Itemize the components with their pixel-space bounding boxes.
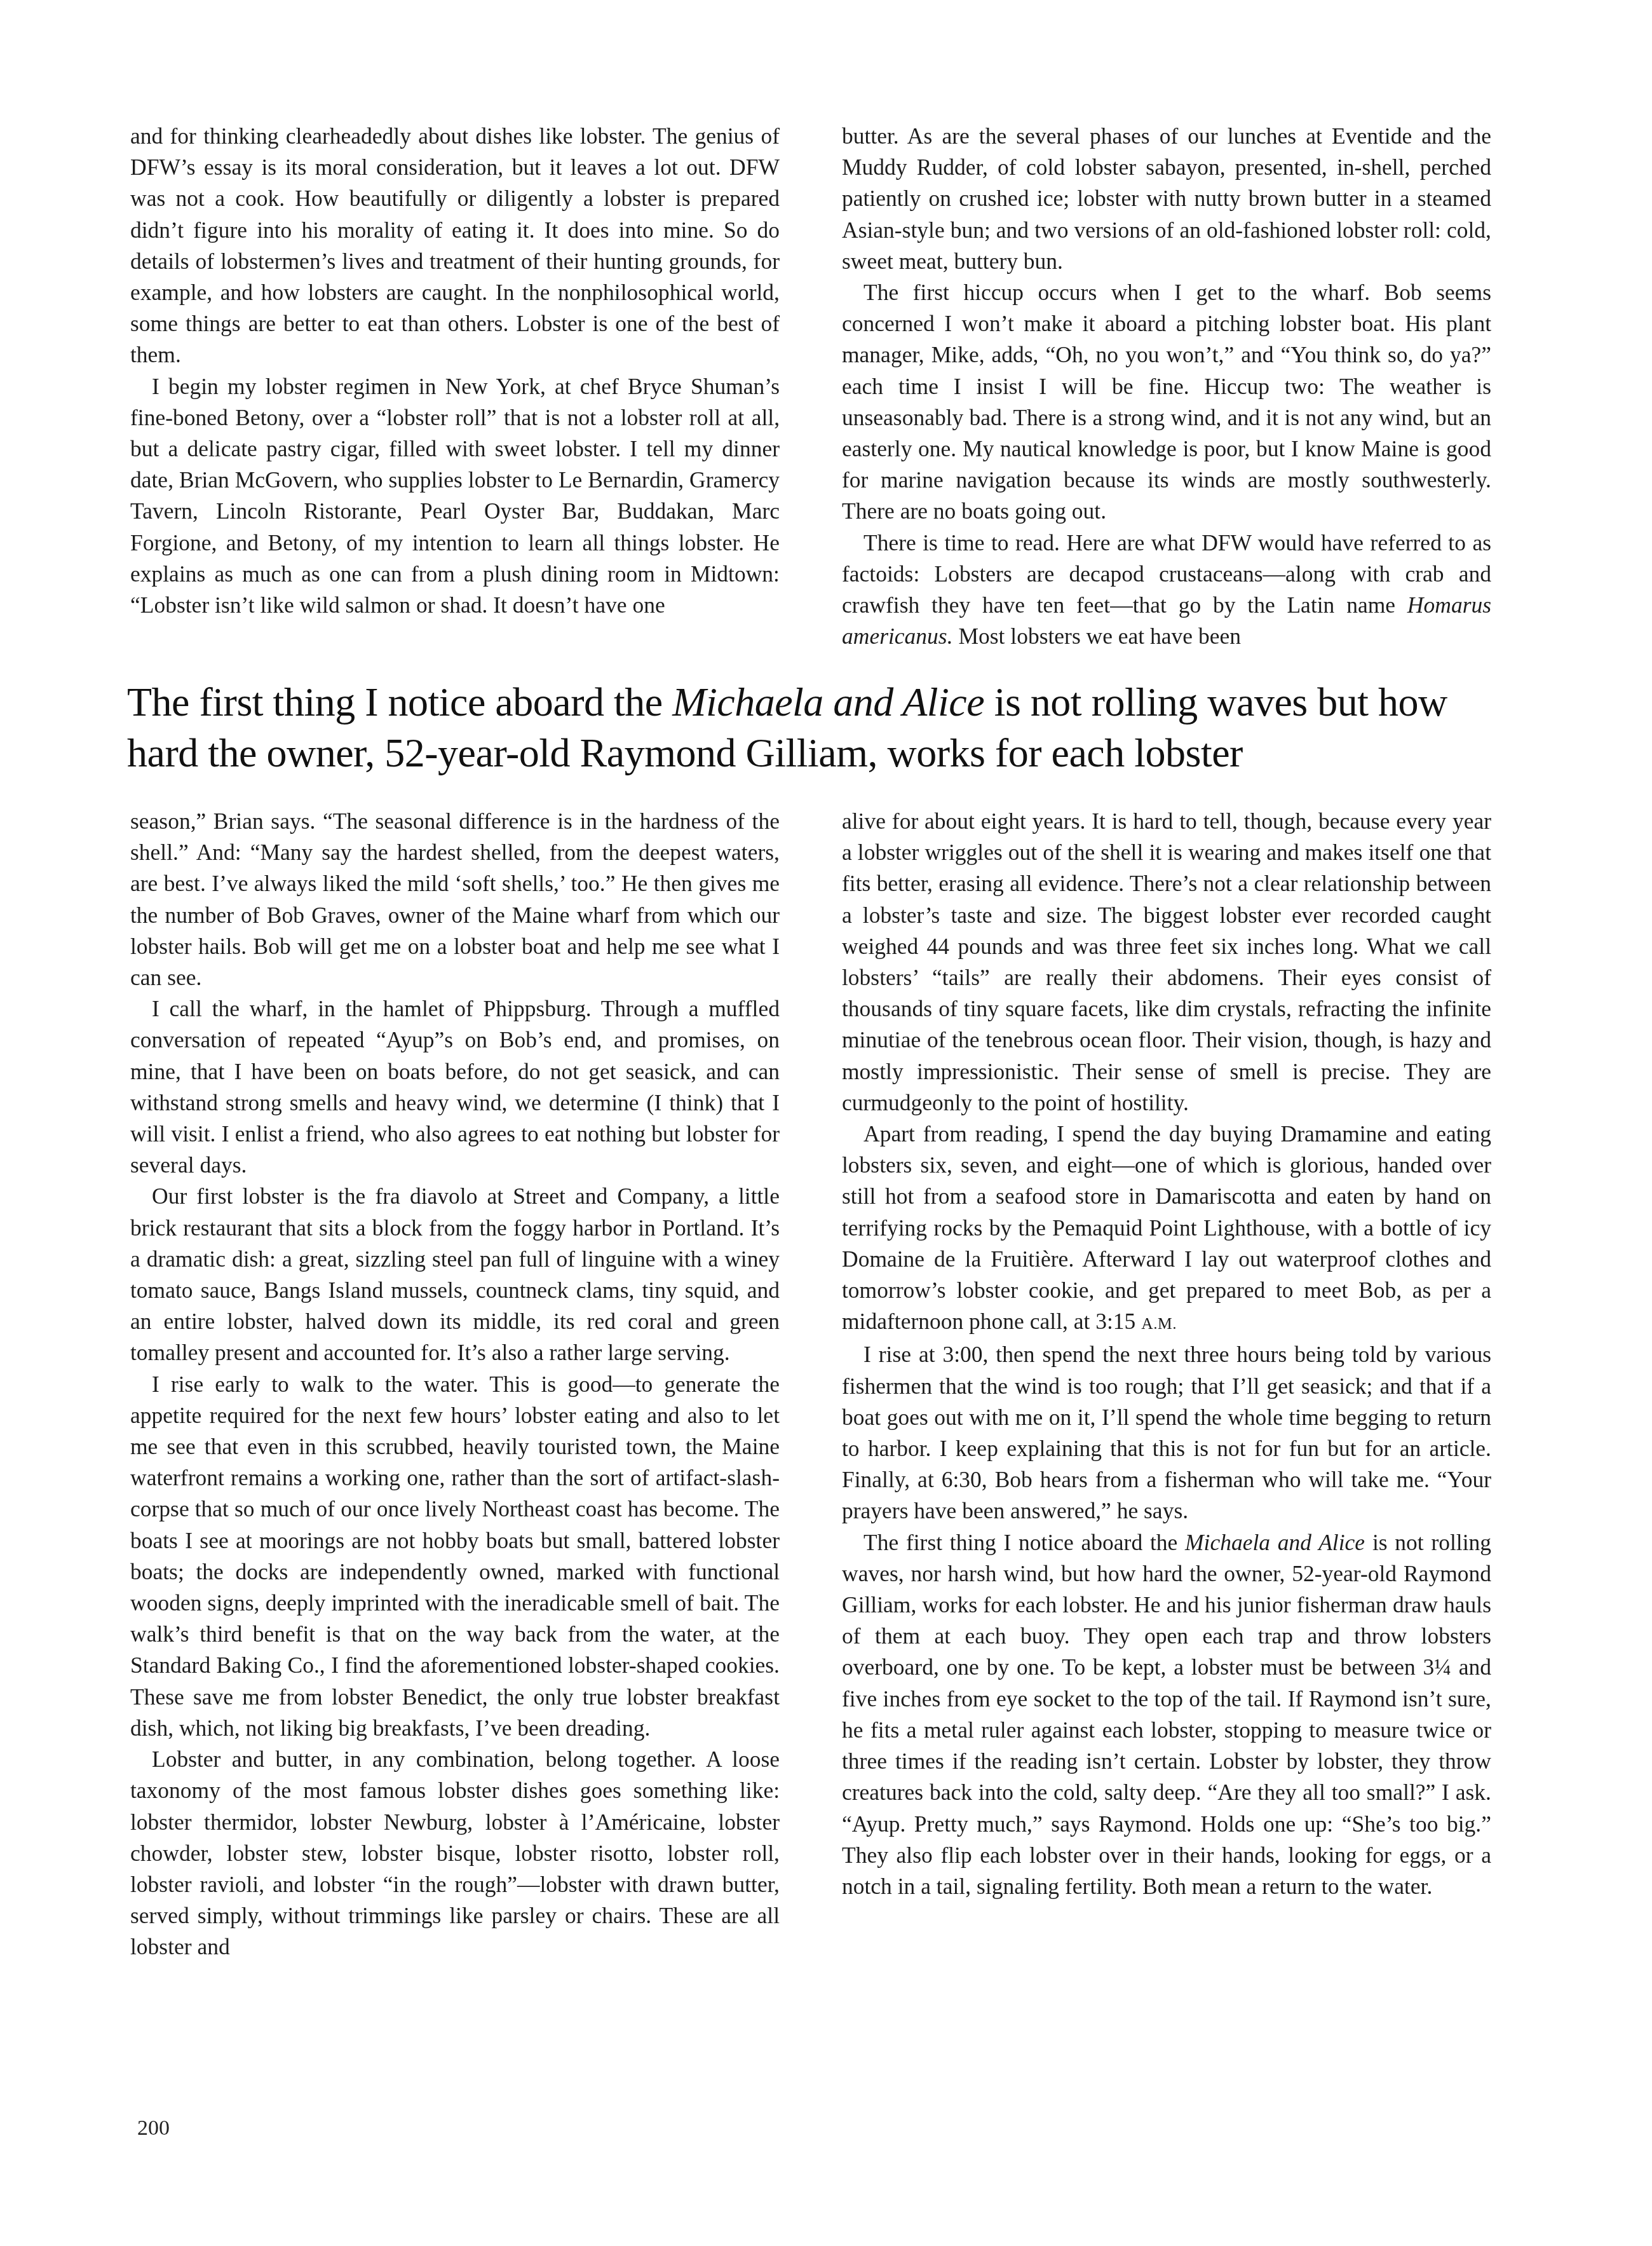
text-run: The first thing I notice aboard the bbox=[863, 1530, 1177, 1555]
paragraph: I rise at 3:00, then spend the next thre… bbox=[842, 1339, 1491, 1527]
pull-quote-text: The first thing I notice aboard the bbox=[127, 679, 672, 725]
paragraph: season,” Brian says. “The seasonal diffe… bbox=[130, 806, 780, 993]
paragraph: alive for about eight years. It is hard … bbox=[842, 806, 1491, 1119]
column-top-left: and for thinking clearheadedly about dis… bbox=[130, 121, 780, 621]
paragraph: butter. As are the several phases of our… bbox=[842, 121, 1491, 277]
paragraph: I begin my lobster regimen in New York, … bbox=[130, 371, 780, 622]
paragraph: I rise early to walk to the water. This … bbox=[130, 1369, 780, 1744]
paragraph: The first hiccup occurs when I get to th… bbox=[842, 277, 1491, 527]
column-top-right: butter. As are the several phases of our… bbox=[842, 121, 1491, 652]
paragraph: The first thing I notice aboard the Mich… bbox=[842, 1527, 1491, 1902]
pull-quote: The first thing I notice aboard the Mich… bbox=[127, 677, 1525, 779]
paragraph: There is time to read. Here are what DFW… bbox=[842, 527, 1491, 653]
text-run: There is time to read. Here are what DFW… bbox=[842, 530, 1491, 618]
column-bottom-right: alive for about eight years. It is hard … bbox=[842, 806, 1491, 1902]
paragraph: I call the wharf, in the hamlet of Phipp… bbox=[130, 993, 780, 1181]
column-bottom-left: season,” Brian says. “The seasonal diffe… bbox=[130, 806, 780, 1963]
page-number: 200 bbox=[137, 2116, 170, 2141]
text-run: is not rolling waves, nor harsh wind, bu… bbox=[842, 1530, 1491, 1899]
paragraph: Lobster and butter, in any combination, … bbox=[130, 1744, 780, 1963]
magazine-page: and for thinking clearheadedly about dis… bbox=[0, 0, 1652, 2246]
boat-name-italic: Michaela and Alice bbox=[1185, 1530, 1365, 1555]
paragraph: Our first lobster is the fra diavolo at … bbox=[130, 1181, 780, 1368]
paragraph: Apart from reading, I spend the day buyi… bbox=[842, 1119, 1491, 1339]
text-run: Most lobsters we eat have been bbox=[958, 623, 1241, 649]
text-run: Apart from reading, I spend the day buyi… bbox=[842, 1121, 1491, 1334]
boat-name-italic: Michaela and Alice bbox=[672, 679, 984, 725]
paragraph: and for thinking clearheadedly about dis… bbox=[130, 121, 780, 371]
small-caps-time: A.M. bbox=[1141, 1314, 1177, 1333]
